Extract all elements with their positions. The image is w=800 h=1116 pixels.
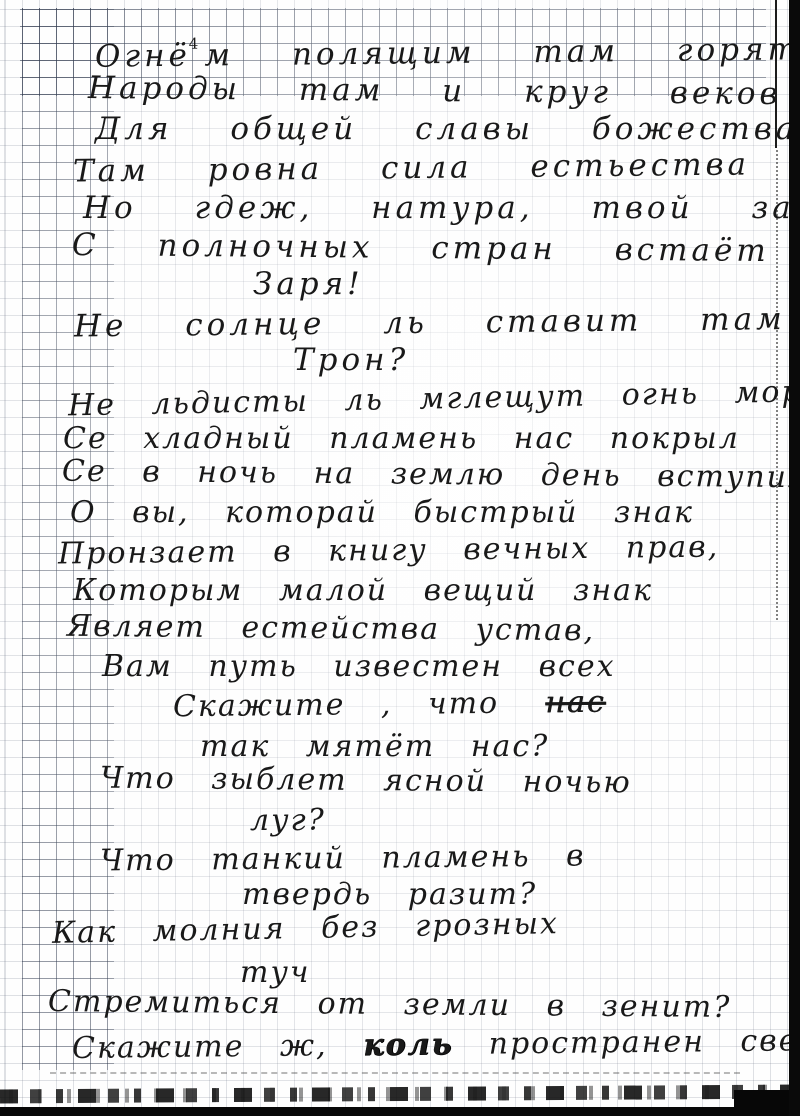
superscript-annotation: 4 (189, 34, 203, 52)
scan-bottom-edge-bar (0, 1107, 800, 1116)
overwritten-word: коль (363, 1027, 453, 1063)
poem-word: м полящим там горят (204, 31, 800, 73)
poem-line: так мятёт нас? (200, 732, 549, 762)
poem-line: Которым малой вещий знак (73, 576, 653, 606)
poem-line: Огнё4м полящим там горят (95, 34, 800, 72)
scan-right-edge-bar (789, 0, 800, 1116)
poem-line: Не солнце ль ставит там свой (74, 302, 800, 342)
poem-line: Се в ночь на землю день вступил! (62, 457, 800, 494)
poem-line: Скажите , чтонас (173, 688, 606, 723)
poem-line: Трон? (293, 345, 409, 376)
poem-line: Что танкий пламень в (100, 841, 586, 876)
poem-line: Скажите ж, коль пространен свет (72, 1026, 800, 1064)
poem-word: Скажите ж, (72, 1028, 363, 1066)
poem-line: Являет естейства устав, (67, 612, 595, 647)
poem-line: О вы, которай быстрый знак (70, 498, 694, 528)
manuscript-page: Огнё4м полящим там горят Народы там и кр… (0, 0, 800, 1116)
poem-line: Что зыблет ясной ночью (100, 764, 632, 799)
poem-line: С полночных стран встаёт (72, 230, 770, 267)
scan-edge-dots (776, 150, 778, 620)
crossed-out-word: нас (545, 685, 606, 721)
scan-edge-line (775, 0, 777, 148)
poem-line: Для общей славы божества (95, 114, 798, 145)
poem-word: Скажите , что (173, 686, 500, 724)
poem-line: Заря! (253, 269, 364, 300)
poem-line: твердь разит? (242, 880, 537, 910)
poem-line: Но гдеж, натура, твой закон? (83, 193, 800, 224)
poem-line: туч (240, 958, 311, 988)
poem-word: пространен свет (453, 1023, 800, 1062)
poem-line: Се хладный пламень нас покрыл (63, 424, 740, 454)
poem-line: Там ровна сила естьества (73, 149, 750, 187)
scan-bottom-dashed-line (50, 1072, 740, 1074)
poem-line: Пронзает в книгу вечных прав, (58, 533, 719, 570)
poem-word: Огнё (95, 38, 191, 75)
poem-line: Народы там и круг веков (88, 73, 782, 110)
poem-line: Вам путь известен всех (102, 652, 616, 682)
poem-line: Стремиться от земли в зенит? (48, 987, 732, 1023)
poem-line: луг? (250, 806, 326, 836)
